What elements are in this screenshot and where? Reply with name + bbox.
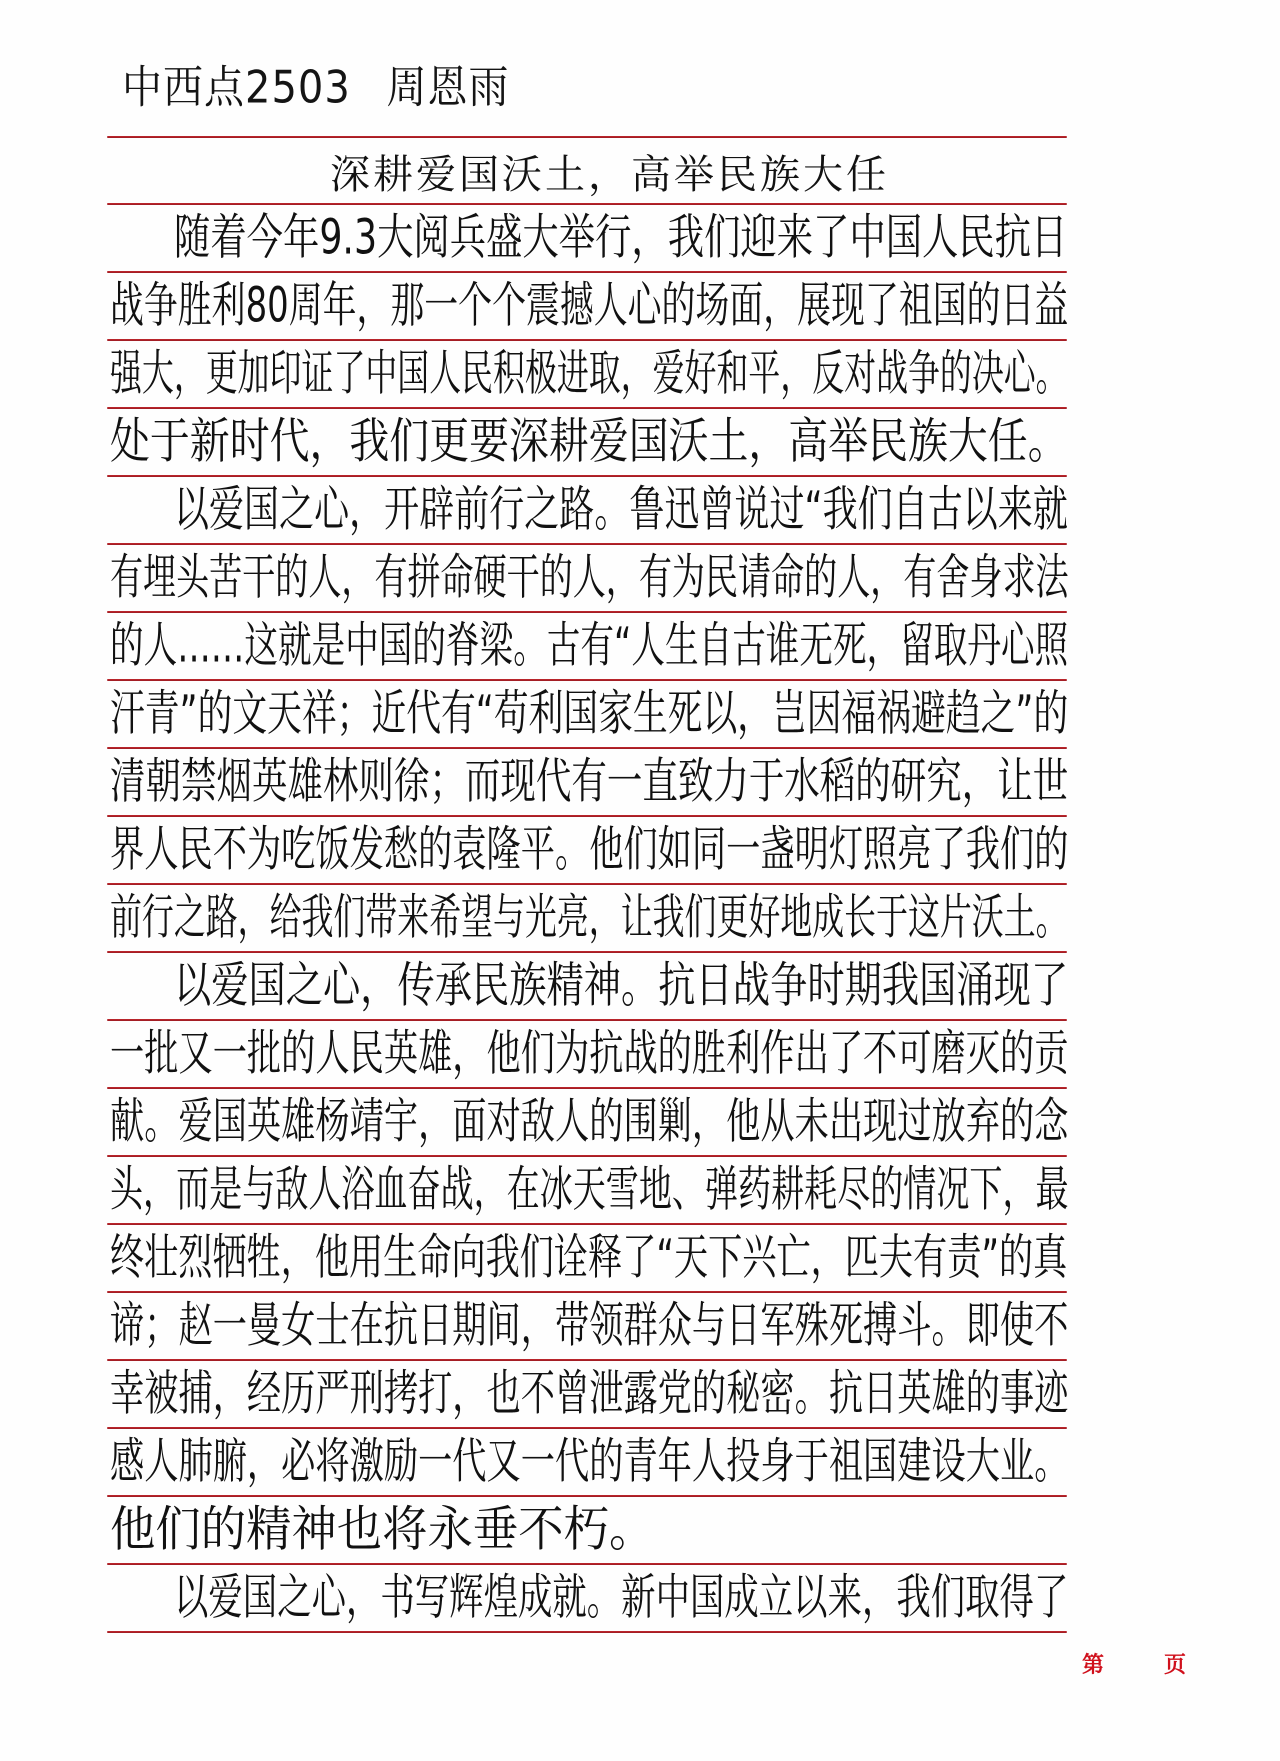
essay-line: 强大，更加印证了中国人民积极进取，爱好和平，反对战争的决心。: [110, 347, 1072, 409]
essay-line: 幸被捕，经历严刑拷打，也不曾泄露党的秘密。抗日英雄的事迹: [110, 1367, 1072, 1429]
essay-line: 有埋头苦干的人，有拼命硬干的人，有为民请命的人，有舍身求法: [110, 551, 1072, 613]
ruled-line: [107, 136, 1067, 138]
essay-line-text: 前行之路，给我们带来希望与光亮，让我们更好地成长于这片沃土。: [110, 882, 1068, 953]
essay-line: 的人……这就是中国的脊梁。古有“人生自古谁无死，留取丹心照: [110, 619, 1072, 681]
essay-line: 界人民不为吃饭发愁的袁隆平。他们如同一盏明灯照亮了我们的: [110, 823, 1072, 885]
essay-line-text: 终壮烈牺牲，他用生命向我们诠释了“天下兴亡，匹夫有责”的真: [110, 1222, 1067, 1293]
essay-line-text: 头，而是与敌人浴血奋战，在冰天雪地、弹药耕耗尽的情况下，最: [110, 1154, 1069, 1225]
essay-line: 头，而是与敌人浴血奋战，在冰天雪地、弹药耕耗尽的情况下，最: [110, 1163, 1072, 1225]
essay-line: 献。爱国英雄杨靖宇，面对敌人的围剿，他从未出现过放弃的念: [110, 1095, 1072, 1157]
essay-line-text: 随着今年9.3大阅兵盛大举行，我们迎来了中国人民抗日: [174, 202, 1067, 273]
page-header: 中西点2503 周恩雨: [122, 52, 510, 116]
essay-line: 前行之路，给我们带来希望与光亮，让我们更好地成长于这片沃土。: [110, 891, 1072, 953]
essay-line-text: 谛；赵一曼女士在抗日期间，带领群众与日军殊死搏斗。即使不: [110, 1290, 1068, 1361]
essay-line: 以爱国之心，传承民族精神。抗日战争时期我国涌现了: [110, 959, 1136, 1021]
essay-line-text: 幸被捕，经历严刑拷打，也不曾泄露党的秘密。抗日英雄的事迹: [110, 1358, 1068, 1429]
essay-line-text: 汗青”的文天祥；近代有“苟利国家生死以，岂因福祸避趋之”的: [110, 678, 1068, 749]
essay-line-text: 的人……这就是中国的脊梁。古有“人生自古谁无死，留取丹心照: [110, 610, 1068, 681]
essay-line-text: 献。爱国英雄杨靖宇，面对敌人的围剿，他从未出现过放弃的念: [110, 1086, 1068, 1157]
class-code: 中西点2503: [122, 62, 351, 114]
essay-line-text: 战争胜利80周年，那一个个震撼人心的场面，展现了祖国的日益: [110, 270, 1068, 341]
essay-line: 随着今年9.3大阅兵盛大举行，我们迎来了中国人民抗日: [110, 211, 1136, 273]
essay-line: 战争胜利80周年，那一个个震撼人心的场面，展现了祖国的日益: [110, 279, 1072, 341]
student-name: 周恩雨: [387, 62, 510, 114]
essay-line: 以爱国之心，书写辉煌成就。新中国成立以来，我们取得了: [110, 1571, 1136, 1633]
essay-line-text: 一批又一批的人民英雄，他们为抗战的胜利作出了不可磨灭的贡: [110, 1018, 1068, 1089]
essay-line-text: 界人民不为吃饭发愁的袁隆平。他们如同一盏明灯照亮了我们的: [110, 814, 1068, 885]
page-prefix: 第: [1082, 1653, 1104, 1678]
handwritten-essay-page: 中西点2503 周恩雨 深耕爱国沃土，高举民族大任 随着今年9.3大阅兵盛大举行…: [0, 0, 1280, 1761]
essay-line-text: 处于新时代，我们更要深耕爱国沃土，高举民族大任。: [110, 406, 1068, 477]
essay-line: 他们的精神也将永垂不朽。: [110, 1503, 1072, 1565]
essay-line-text: 以爱国之心，传承民族精神。抗日战争时期我国涌现了: [174, 950, 1068, 1021]
essay-line-text: 他们的精神也将永垂不朽。: [110, 1494, 654, 1565]
page-suffix: 页: [1164, 1653, 1186, 1678]
essay-line-text: 有埋头苦干的人，有拼命硬干的人，有为民请命的人，有舍身求法: [110, 542, 1069, 613]
essay-line-text: 强大，更加印证了中国人民积极进取，爱好和平，反对战争的决心。: [110, 338, 1068, 409]
essay-line: 汗青”的文天祥；近代有“苟利国家生死以，岂因福祸避趋之”的: [110, 687, 1072, 749]
essay-line: 一批又一批的人民英雄，他们为抗战的胜利作出了不可磨灭的贡: [110, 1027, 1072, 1089]
essay-line: 感人肺腑，必将激励一代又一代的青年人投身于祖国建设大业。: [110, 1435, 1072, 1497]
essay-line-text: 清朝禁烟英雄林则徐；而现代有一直致力于水稻的研究，让世: [110, 746, 1068, 817]
essay-line-text: 感人肺腑，必将激励一代又一代的青年人投身于祖国建设大业。: [110, 1426, 1068, 1497]
essay-line: 以爱国之心，开辟前行之路。鲁迅曾说过“我们自古以来就: [110, 483, 1136, 545]
essay-title: 深耕爱国沃土，高举民族大任: [330, 146, 889, 204]
page-number-label: 第页: [1082, 1648, 1186, 1679]
essay-line: 清朝禁烟英雄林则徐；而现代有一直致力于水稻的研究，让世: [110, 755, 1072, 817]
essay-line-text: 以爱国之心，开辟前行之路。鲁迅曾说过“我们自古以来就: [174, 474, 1068, 545]
essay-line: 终壮烈牺牲，他用生命向我们诠释了“天下兴亡，匹夫有责”的真: [110, 1231, 1072, 1293]
essay-line: 处于新时代，我们更要深耕爱国沃土，高举民族大任。: [110, 415, 1072, 477]
essay-line: 谛；赵一曼女士在抗日期间，带领群众与日军殊死搏斗。即使不: [110, 1299, 1072, 1361]
essay-line-text: 以爱国之心，书写辉煌成就。新中国成立以来，我们取得了: [174, 1562, 1068, 1633]
